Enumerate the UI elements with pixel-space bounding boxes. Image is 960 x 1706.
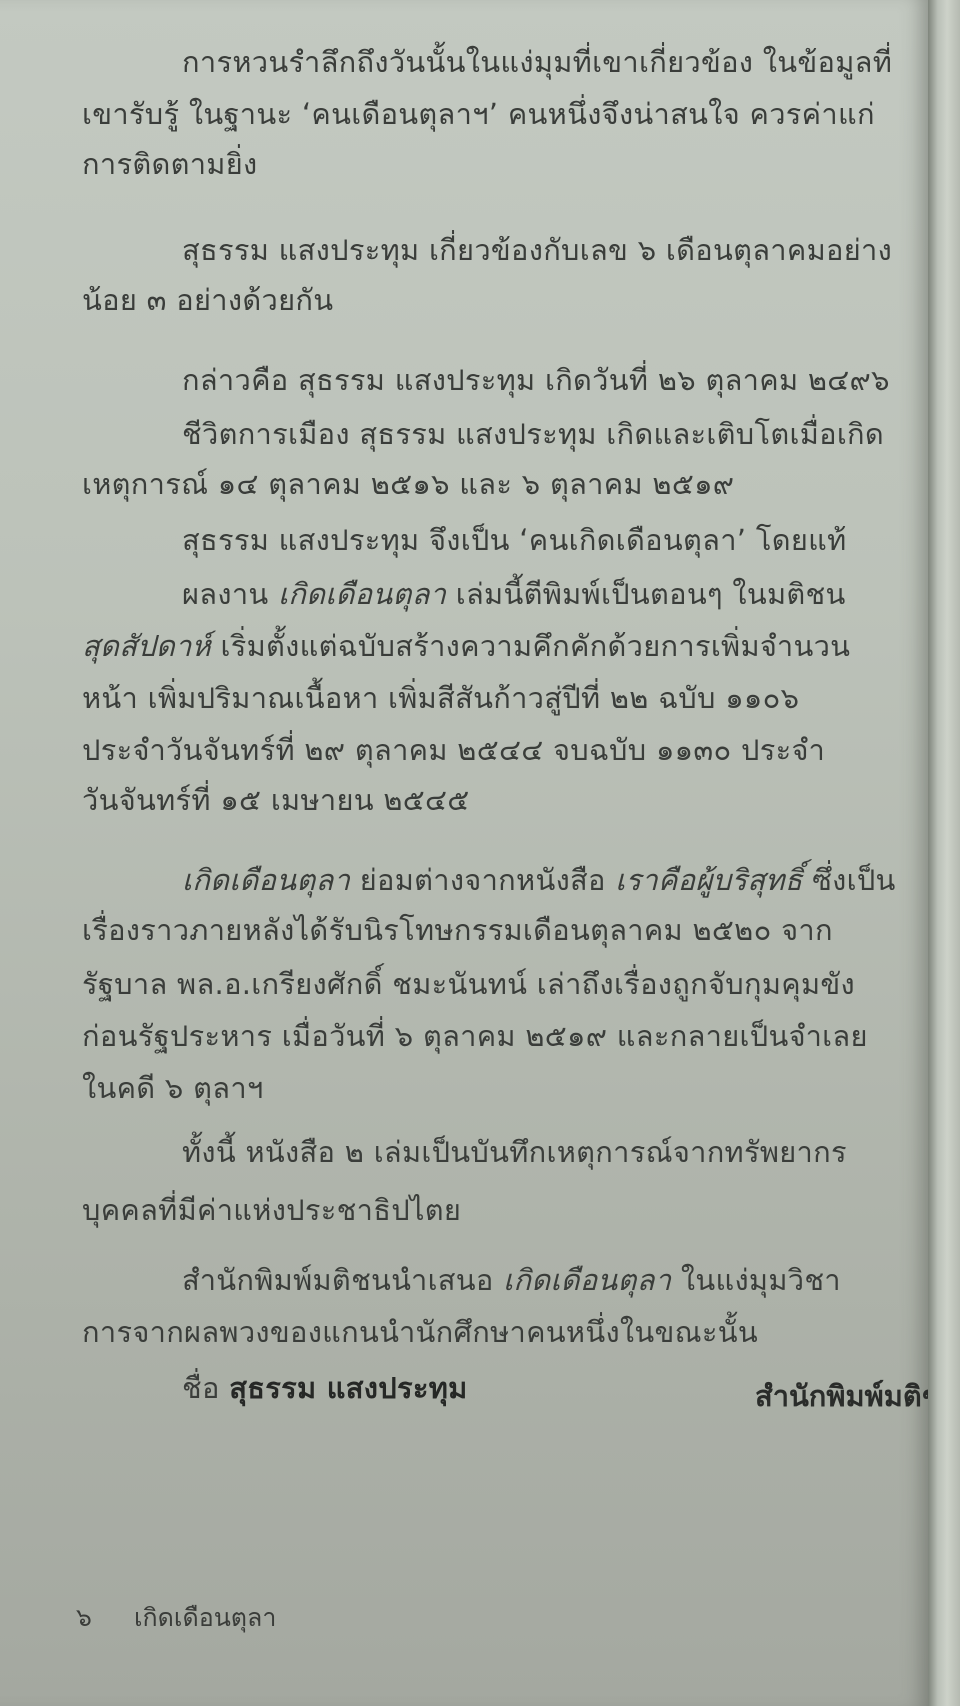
text-line: สุธรรม แสงประทุม เกี่ยวข้องกับเลข ๖ เดือ… [182,228,892,272]
magazine-title-italic: สุดสัปดาห์ [82,629,211,663]
author-name-bold: สุธรรม แสงประทุม [229,1371,467,1405]
text-span: เล่มนี้ตีพิมพ์เป็นตอนๆ ในมติชน [446,577,845,611]
text-span: ผลงาน [182,577,278,611]
text-line: เหตุการณ์ ๑๔ ตุลาคม ๒๕๑๖ และ ๖ ตุลาคม ๒๕… [82,462,734,506]
book-title-italic: เกิดเดือนตุลา [278,577,446,611]
text-line: เรื่องราวภายหลังได้รับนิรโทษกรรมเดือนตุล… [82,908,833,952]
text-line: การหวนรำลึกถึงวันนั้นในแง่มุมที่เขาเกี่ย… [182,40,892,84]
text-line: ประจำวันจันทร์ที่ ๒๙ ตุลาคม ๒๕๔๔ จบฉบับ … [82,728,825,772]
text-line: ผลงาน เกิดเดือนตุลา เล่มนี้ตีพิมพ์เป็นตอ… [182,572,846,616]
book-title-italic: เกิดเดือนตุลา [182,863,350,897]
text-line: สำนักพิมพ์มติชนนำเสนอ เกิดเดือนตุลา ในแง… [182,1258,841,1302]
page-footer: ๖เกิดเดือนตุลา [76,1600,276,1636]
text-line: สุธรรม แสงประทุม จึงเป็น ‘คนเกิดเดือนตุล… [182,518,847,562]
text-span: เริ่มตั้งแต่ฉบับสร้างความคึกคักด้วยการเพ… [211,629,850,663]
text-span: ย่อมต่างจากหนังสือ [350,863,615,897]
page-edge [928,0,960,1706]
text-line: ทั้งนี้ หนังสือ ๒ เล่มเป็นบันทึกเหตุการณ… [182,1130,847,1174]
book-title-italic: เราคือผู้บริสุทธิ์ [615,863,802,897]
text-line: วันจันทร์ที่ ๑๕ เมษายน ๒๕๔๕ [82,778,470,822]
text-line: น้อย ๓ อย่างด้วยกัน [82,278,333,322]
text-line: เขารับรู้ ในฐานะ ‘คนเดือนตุลาฯ’ คนหนึ่งจ… [82,92,875,136]
text-span: ซึ่งเป็น [803,863,896,897]
text-line: บุคคลที่มีค่าแห่งประชาธิปไตย [82,1188,461,1232]
text-line: การจากผลพวงของแกนนำนักศึกษาคนหนึ่งในขณะน… [82,1310,758,1354]
text-line: ชีวิตการเมือง สุธรรม แสงประทุม เกิดและเต… [182,412,884,456]
text-line: ก่อนรัฐประหาร เมื่อวันที่ ๖ ตุลาคม ๒๕๑๙ … [82,1014,868,1058]
running-title: เกิดเดือนตุลา [134,1603,276,1632]
text-line: ชื่อ สุธรรม แสงประทุม [182,1366,468,1410]
page-number: ๖ [76,1600,134,1636]
text-line: การติดตามยิ่ง [82,142,257,186]
book-page: การหวนรำลึกถึงวันนั้นในแง่มุมที่เขาเกี่ย… [0,0,928,1706]
text-line: หน้า เพิ่มปริมาณเนื้อหา เพิ่มสีสันก้าวสู… [82,676,799,720]
text-span: สำนักพิมพ์มติชนนำเสนอ [182,1263,503,1297]
text-line: รัฐบาล พล.อ.เกรียงศักดิ์ ชมะนันทน์ เล่าถ… [82,962,855,1006]
text-line: เกิดเดือนตุลา ย่อมต่างจากหนังสือ เราคือผ… [182,858,896,902]
text-span: ในแง่มุมวิชา [671,1263,841,1297]
text-span: ชื่อ [182,1371,229,1405]
book-title-italic: เกิดเดือนตุลา [503,1263,671,1297]
text-line: สุดสัปดาห์ เริ่มตั้งแต่ฉบับสร้างความคึกค… [82,624,850,668]
text-line: กล่าวคือ สุธรรม แสงประทุม เกิดวันที่ ๒๖ … [182,358,890,402]
text-line: ในคดี ๖ ตุลาฯ [82,1066,264,1110]
